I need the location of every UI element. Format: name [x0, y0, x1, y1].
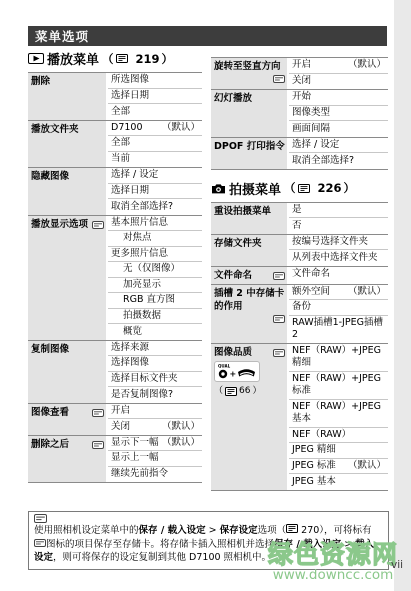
menu-item-label: 播放文件夹 — [28, 121, 106, 168]
menu-option-text: 开启 — [292, 59, 311, 72]
menu-option: 基本照片信息 — [108, 216, 202, 232]
sd-save-icon — [34, 539, 46, 547]
watermark-site-url: www.downcc.com — [258, 568, 408, 582]
menu-option: 所选图像 — [108, 73, 202, 89]
page-number: vii — [391, 559, 403, 571]
menu-option-text: D7100 — [111, 122, 143, 135]
menu-item-name: 复制图像 — [31, 343, 69, 356]
menu-option-list: 所选图像选择日期全部 — [108, 73, 202, 120]
playback-menu-page-number: 219 — [136, 52, 160, 66]
note-bold-text: 保存 / 载入设定 — [274, 539, 341, 550]
menu-group: 重设拍摄菜单是否 — [211, 202, 388, 234]
note-plain-text: ，则可将保存的设定复制到其他 D7100 照相机中。 — [53, 552, 271, 563]
menu-item-label: 幻灯播放 — [211, 90, 287, 137]
menu-option-text: 选择日期 — [111, 90, 149, 103]
svg-text:+: + — [230, 369, 237, 378]
menu-item-label: 插槽 2 中存储卡的作用 — [211, 285, 287, 343]
image-quality-page-number: 66 — [239, 385, 250, 398]
playback-menu-page-ref: （ 219） — [102, 51, 173, 67]
menu-option-list: 额外空间（默认）备份RAW插槽1-JPEG插槽2 — [289, 285, 388, 343]
menu-option-text: NEF（RAW）+JPEG 标准 — [292, 373, 386, 398]
menu-option-text: 选择来源 — [111, 342, 149, 355]
menu-option-text: 继续先前指令 — [111, 468, 168, 481]
menu-option-text: 选择 / 设定 — [292, 139, 339, 152]
menu-option: 取消全部选择? — [289, 153, 388, 169]
menu-option-list: D7100（默认）全部当前 — [108, 121, 202, 168]
menu-option-text: RAW插槽1-JPEG插槽2 — [292, 317, 386, 342]
menu-option-text: 关闭 — [111, 421, 130, 434]
menu-option-text: 显示下一幅 — [111, 437, 159, 450]
menu-item-label: 图像查看 — [28, 404, 106, 435]
default-badge: （默认） — [159, 421, 200, 434]
menu-option-text: 画面间隔 — [292, 123, 330, 136]
book-icon — [286, 524, 298, 533]
book-icon — [298, 184, 310, 193]
menu-option-text: 备份 — [292, 301, 311, 314]
menu-option-text: 选择目标文件夹 — [111, 373, 178, 386]
menu-option-text: JPEG 精细 — [292, 444, 336, 457]
menu-option: 更多照片信息 — [108, 247, 202, 263]
menu-option-list: 按编号选择文件夹从列表中选择文件夹 — [289, 235, 388, 266]
menu-group: 插槽 2 中存储卡的作用额外空间（默认）备份RAW插槽1-JPEG插槽2 — [211, 284, 388, 343]
menu-item-label: 删除 — [28, 73, 106, 120]
shooting-menu-page-number: 226 — [318, 181, 342, 195]
menu-item-name: 重设拍摄菜单 — [214, 205, 271, 218]
menu-item-name: 旋转至竖直方向 — [214, 60, 281, 73]
menu-option: 开启 — [108, 404, 202, 420]
menu-option: NEF（RAW） — [289, 428, 388, 444]
sd-save-icon — [92, 406, 104, 419]
menu-option-list: 文件命名 — [289, 267, 388, 284]
left-column: 播放菜单 （ 219） 删除所选图像选择日期全部播放文件夹D7100（默认）全部… — [28, 49, 202, 483]
menu-option-text: 全部 — [111, 137, 130, 150]
menu-item-label: 图像品质QUAL+（66） — [211, 344, 287, 490]
camera-icon — [211, 183, 226, 194]
menu-option: JPEG 标准（默认） — [289, 459, 388, 475]
menu-option-text: 开始 — [292, 91, 311, 104]
note-plain-text: 图标的项目保存至存储卡。将存储卡插入照相机并选择 — [46, 539, 274, 550]
menu-item-label: 存储文件夹 — [211, 235, 287, 266]
default-badge: （默认） — [345, 286, 386, 299]
menu-option-text: 当前 — [111, 153, 130, 166]
note-plain-text: > — [341, 539, 355, 550]
playback-menu-title-text: 播放菜单 — [47, 49, 99, 68]
menu-option: RGB 直方图 — [108, 293, 202, 309]
menu-option-text: 图像类型 — [292, 107, 330, 120]
menu-item-name: 播放显示选项 — [31, 218, 88, 231]
playback-menu-table-continued: 旋转至竖直方向开启（默认）关闭幻灯播放开始图像类型画面间隔DPOF 打印指令选择… — [211, 57, 388, 170]
menu-option-text: 开启 — [111, 405, 130, 418]
menu-item-label: 播放显示选项 — [28, 216, 106, 340]
menu-item-name: 删除之后 — [31, 438, 69, 451]
menu-option-text: RGB 直方图 — [123, 294, 175, 307]
qual-button-dial-icon: QUAL+ — [214, 361, 260, 382]
menu-item-label: 旋转至竖直方向 — [211, 58, 287, 89]
menu-option: 是否复制图像? — [108, 387, 202, 403]
menu-option-text: 加亮显示 — [123, 279, 161, 292]
menu-option: 当前 — [108, 152, 202, 168]
menu-group: 删除之后显示下一幅（默认）显示上一幅继续先前指令 — [28, 435, 202, 483]
menu-group: 删除所选图像选择日期全部 — [28, 72, 202, 120]
sd-save-icon — [273, 73, 285, 83]
menu-option: 无（仅图像） — [108, 262, 202, 278]
menu-option: 从列表中选择文件夹 — [289, 250, 388, 266]
sd-save-icon — [273, 313, 285, 323]
menu-option: 按编号选择文件夹 — [289, 235, 388, 251]
sd-save-icon — [92, 438, 104, 451]
menu-option: 选择日期 — [108, 184, 202, 200]
menu-item-name: 删除 — [31, 75, 50, 88]
menu-option: 加亮显示 — [108, 278, 202, 294]
shooting-menu-table: 重设拍摄菜单是否存储文件夹按编号选择文件夹从列表中选择文件夹文件命名文件命名插槽… — [211, 202, 388, 491]
menu-group: 幻灯播放开始图像类型画面间隔 — [211, 89, 388, 137]
menu-option: 取消全部选择? — [108, 199, 202, 215]
qual-button-dial-icon-wrap: QUAL+ — [214, 361, 285, 384]
page-title: 菜单选项 — [35, 27, 89, 45]
menu-option-text: 对焦点 — [123, 232, 152, 245]
menu-group: 旋转至竖直方向开启（默认）关闭 — [211, 57, 388, 89]
menu-option: 图像类型 — [289, 106, 388, 122]
menu-item-label: 复制图像 — [28, 341, 106, 403]
menu-option: 画面间隔 — [289, 121, 388, 137]
menu-option-text: 概览 — [123, 326, 142, 339]
menu-option-text: 拍摄数据 — [123, 310, 161, 323]
sd-save-icon — [34, 514, 383, 524]
menu-option-list: 选择来源选择图像选择目标文件夹是否复制图像? — [108, 341, 202, 403]
book-icon — [116, 54, 128, 63]
menu-option-text: 否 — [292, 220, 302, 233]
menu-option-text: 选择日期 — [111, 185, 149, 198]
menu-option: 是 — [289, 203, 388, 219]
menu-group: 文件命名文件命名 — [211, 266, 388, 284]
playback-menu-title: 播放菜单 （ 219） — [28, 49, 202, 68]
menu-option-text: 取消全部选择? — [111, 201, 173, 214]
menu-option: 选择目标文件夹 — [108, 372, 202, 388]
menu-option: JPEG 基本 — [289, 474, 388, 490]
menu-option: NEF（RAW）+JPEG 精细 — [289, 344, 388, 372]
shooting-menu-title: 拍摄菜单 （ 226） — [211, 179, 388, 198]
page-header-bar: 菜单选项 — [28, 26, 387, 46]
menu-group: 隐藏图像选择 / 设定选择日期取消全部选择? — [28, 167, 202, 215]
menu-option-list: 选择 / 设定取消全部选择? — [289, 138, 388, 169]
menu-option-text: JPEG 标准 — [292, 460, 336, 473]
menu-option-list: 选择 / 设定选择日期取消全部选择? — [108, 168, 202, 215]
image-quality-page-ref: （66） — [214, 385, 285, 398]
ref-open: （ — [214, 385, 223, 398]
menu-item-name: 插槽 2 中存储卡的作用 — [214, 287, 285, 313]
menu-item-name: 隐藏图像 — [31, 170, 69, 183]
shooting-menu-title-text: 拍摄菜单 — [229, 179, 281, 198]
menu-option: 全部 — [108, 136, 202, 152]
default-badge: （默认） — [159, 437, 200, 450]
menu-option-list: 基本照片信息对焦点更多照片信息无（仅图像）加亮显示RGB 直方图拍摄数据概览 — [108, 216, 202, 340]
menu-option-text: 从列表中选择文件夹 — [292, 252, 378, 265]
menu-option: 拍摄数据 — [108, 309, 202, 325]
svg-text:QUAL: QUAL — [218, 363, 231, 368]
menu-option: NEF（RAW）+JPEG 基本 — [289, 400, 388, 428]
menu-option: 选择 / 设定 — [289, 138, 388, 154]
menu-item-name: DPOF 打印指令 — [214, 140, 285, 153]
menu-item-name: 文件命名 — [214, 269, 252, 282]
menu-option: 开启（默认） — [289, 58, 388, 74]
right-column: 旋转至竖直方向开启（默认）关闭幻灯播放开始图像类型画面间隔DPOF 打印指令选择… — [211, 57, 388, 491]
note-text: 使用照相机设定菜单中的保存 / 载入设定 > 保存设定选项（ 270），可将标有… — [34, 525, 374, 563]
menu-option-text: 按编号选择文件夹 — [292, 236, 368, 249]
book-icon — [225, 387, 237, 396]
menu-item-label: 文件命名 — [211, 267, 287, 284]
menu-item-label: 隐藏图像 — [28, 168, 106, 215]
menu-group: DPOF 打印指令选择 / 设定取消全部选择? — [211, 137, 388, 169]
menu-option-list: 开始图像类型画面间隔 — [289, 90, 388, 137]
menu-option: 显示上一幅 — [108, 451, 202, 467]
note-bold-text: 保存 / 载入设定 — [139, 525, 206, 536]
note-bold-text: 保存设定 — [220, 525, 258, 536]
menu-option: 关闭（默认） — [108, 419, 202, 435]
note-plain-text: 选项（ — [258, 525, 287, 536]
menu-option: 选择 / 设定 — [108, 168, 202, 184]
menu-option-text: JPEG 基本 — [292, 476, 336, 489]
menu-option-text: 无（仅图像） — [123, 263, 180, 276]
menu-option-text: 额外空间 — [292, 286, 330, 299]
menu-option-list: 是否 — [289, 203, 388, 234]
note-plain-text: 270），可将标有 — [298, 525, 371, 536]
shooting-menu-page-ref: （ 226） — [284, 180, 355, 196]
menu-option-text: NEF（RAW）+JPEG 基本 — [292, 401, 386, 426]
playback-icon — [28, 53, 44, 64]
menu-group: 复制图像选择来源选择图像选择目标文件夹是否复制图像? — [28, 340, 202, 403]
menu-item-label: 重设拍摄菜单 — [211, 203, 287, 234]
sd-save-icon — [92, 218, 104, 231]
menu-option: 选择图像 — [108, 356, 202, 372]
default-badge: （默认） — [159, 122, 200, 135]
menu-option-text: 关闭 — [292, 75, 311, 88]
menu-option-text: 取消全部选择? — [292, 155, 354, 168]
menu-item-name: 幻灯播放 — [214, 92, 252, 105]
manual-page: 菜单选项 播放菜单 （ 219） 删除所选图像选择日期全部播放文件夹D7100（… — [0, 0, 411, 591]
menu-group: 图像品质QUAL+（66）NEF（RAW）+JPEG 精细NEF（RAW）+JP… — [211, 343, 388, 490]
menu-option: 对焦点 — [108, 231, 202, 247]
menu-option-list: 开启（默认）关闭 — [289, 58, 388, 89]
menu-option: 概览 — [108, 324, 202, 340]
menu-option-text: 是 — [292, 204, 302, 217]
menu-option-text: 更多照片信息 — [111, 248, 168, 261]
menu-item-label: DPOF 打印指令 — [211, 138, 287, 169]
default-badge: （默认） — [345, 460, 386, 473]
default-badge: （默认） — [345, 59, 386, 72]
menu-item-name: 播放文件夹 — [31, 123, 79, 136]
menu-group: 存储文件夹按编号选择文件夹从列表中选择文件夹 — [211, 234, 388, 266]
page-edge-band — [394, 0, 411, 591]
menu-group: 播放文件夹D7100（默认）全部当前 — [28, 120, 202, 168]
save-settings-note: 使用照相机设定菜单中的保存 / 载入设定 > 保存设定选项（ 270），可将标有… — [28, 511, 389, 570]
menu-option: D7100（默认） — [108, 121, 202, 137]
menu-option: 显示下一幅（默认） — [108, 436, 202, 452]
menu-option: 否 — [289, 218, 388, 234]
menu-option: 继续先前指令 — [108, 467, 202, 483]
menu-option-list: NEF（RAW）+JPEG 精细NEF（RAW）+JPEG 标准NEF（RAW）… — [289, 344, 388, 490]
playback-menu-table: 删除所选图像选择日期全部播放文件夹D7100（默认）全部当前隐藏图像选择 / 设… — [28, 72, 202, 483]
menu-option: 备份 — [289, 300, 388, 316]
menu-item-name: 图像查看 — [31, 406, 69, 419]
menu-option-text: 基本照片信息 — [111, 217, 168, 230]
menu-option-text: 是否复制图像? — [111, 389, 173, 402]
ref-close: ） — [252, 385, 261, 398]
menu-option-text: 全部 — [111, 106, 130, 119]
menu-option-text: NEF（RAW）+JPEG 精细 — [292, 345, 386, 370]
menu-option: JPEG 精细 — [289, 443, 388, 459]
menu-item-name: 存储文件夹 — [214, 237, 262, 250]
menu-option-text: 选择 / 设定 — [111, 169, 158, 182]
menu-item-label: 删除之后 — [28, 436, 106, 483]
sd-save-icon — [273, 346, 285, 359]
menu-option-list: 显示下一幅（默认）显示上一幅继续先前指令 — [108, 436, 202, 483]
sd-save-icon — [273, 269, 285, 282]
menu-item-name: 图像品质 — [214, 346, 252, 359]
menu-group: 播放显示选项基本照片信息对焦点更多照片信息无（仅图像）加亮显示RGB 直方图拍摄… — [28, 215, 202, 340]
menu-option: RAW插槽1-JPEG插槽2 — [289, 316, 388, 343]
note-plain-text: > — [206, 525, 220, 536]
menu-option: 文件命名 — [289, 267, 388, 283]
menu-option-text: 文件命名 — [292, 268, 330, 281]
menu-option-text: 显示上一幅 — [111, 452, 159, 465]
menu-option-text: 所选图像 — [111, 74, 149, 87]
menu-option-list: 开启关闭（默认） — [108, 404, 202, 435]
menu-option: 关闭 — [289, 74, 388, 90]
menu-option: 开始 — [289, 90, 388, 106]
menu-option: 全部 — [108, 104, 202, 120]
note-plain-text: 使用照相机设定菜单中的 — [34, 525, 139, 536]
menu-option-text: 选择图像 — [111, 357, 149, 370]
menu-group: 图像查看开启关闭（默认） — [28, 403, 202, 435]
menu-option: 额外空间（默认） — [289, 285, 388, 301]
menu-option-text: NEF（RAW） — [292, 429, 351, 442]
menu-option: 选择来源 — [108, 341, 202, 357]
menu-option: NEF（RAW）+JPEG 标准 — [289, 372, 388, 400]
menu-option: 选择日期 — [108, 89, 202, 105]
